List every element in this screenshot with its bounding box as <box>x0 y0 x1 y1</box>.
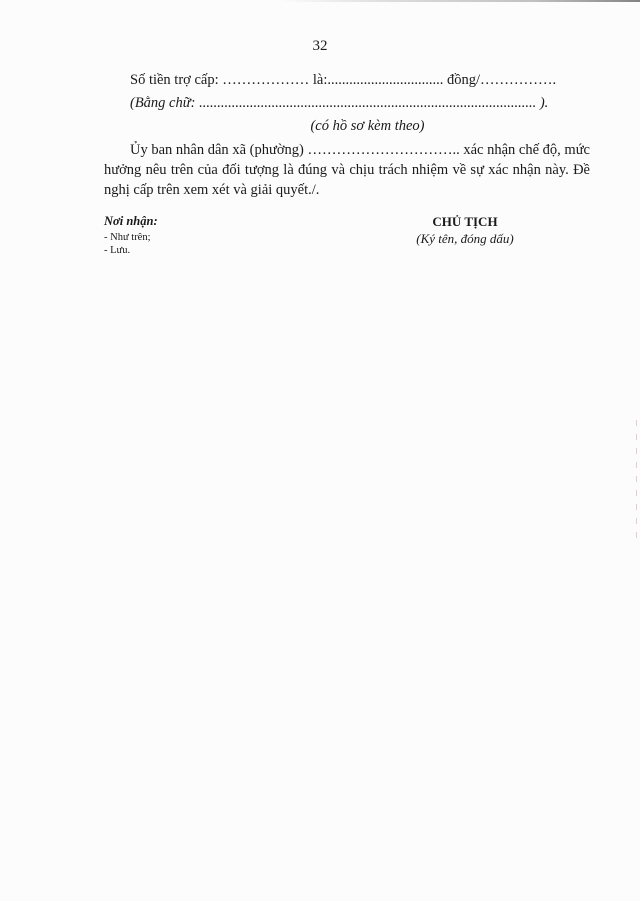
page-number: 32 <box>0 38 640 55</box>
recipients-title: Nơi nhận: <box>104 214 158 229</box>
amount-in-words-line: (Bằng chữ: .............................… <box>130 95 548 112</box>
document-page: 32 Số tiền trợ cấp: ……………… là:..........… <box>0 0 640 901</box>
signer-title: CHỦ TỊCH <box>400 214 530 230</box>
allowance-amount-line: Số tiền trợ cấp: ……………… là:.............… <box>130 72 556 89</box>
recipient-item: - Như trên; <box>104 231 158 244</box>
scan-edge-top <box>280 0 640 2</box>
confirmation-paragraph: Ủy ban nhân dân xã (phường) …………………………..… <box>104 140 590 200</box>
attachment-note: (có hồ sơ kèm theo) <box>0 118 640 135</box>
recipients-block: Nơi nhận: - Như trên; - Lưu. <box>104 214 158 257</box>
recipient-item: - Lưu. <box>104 244 158 257</box>
scan-edge-right <box>636 420 637 540</box>
signature-note: (Ký tên, đóng dấu) <box>400 231 530 247</box>
signature-block: CHỦ TỊCH (Ký tên, đóng dấu) <box>400 214 530 247</box>
